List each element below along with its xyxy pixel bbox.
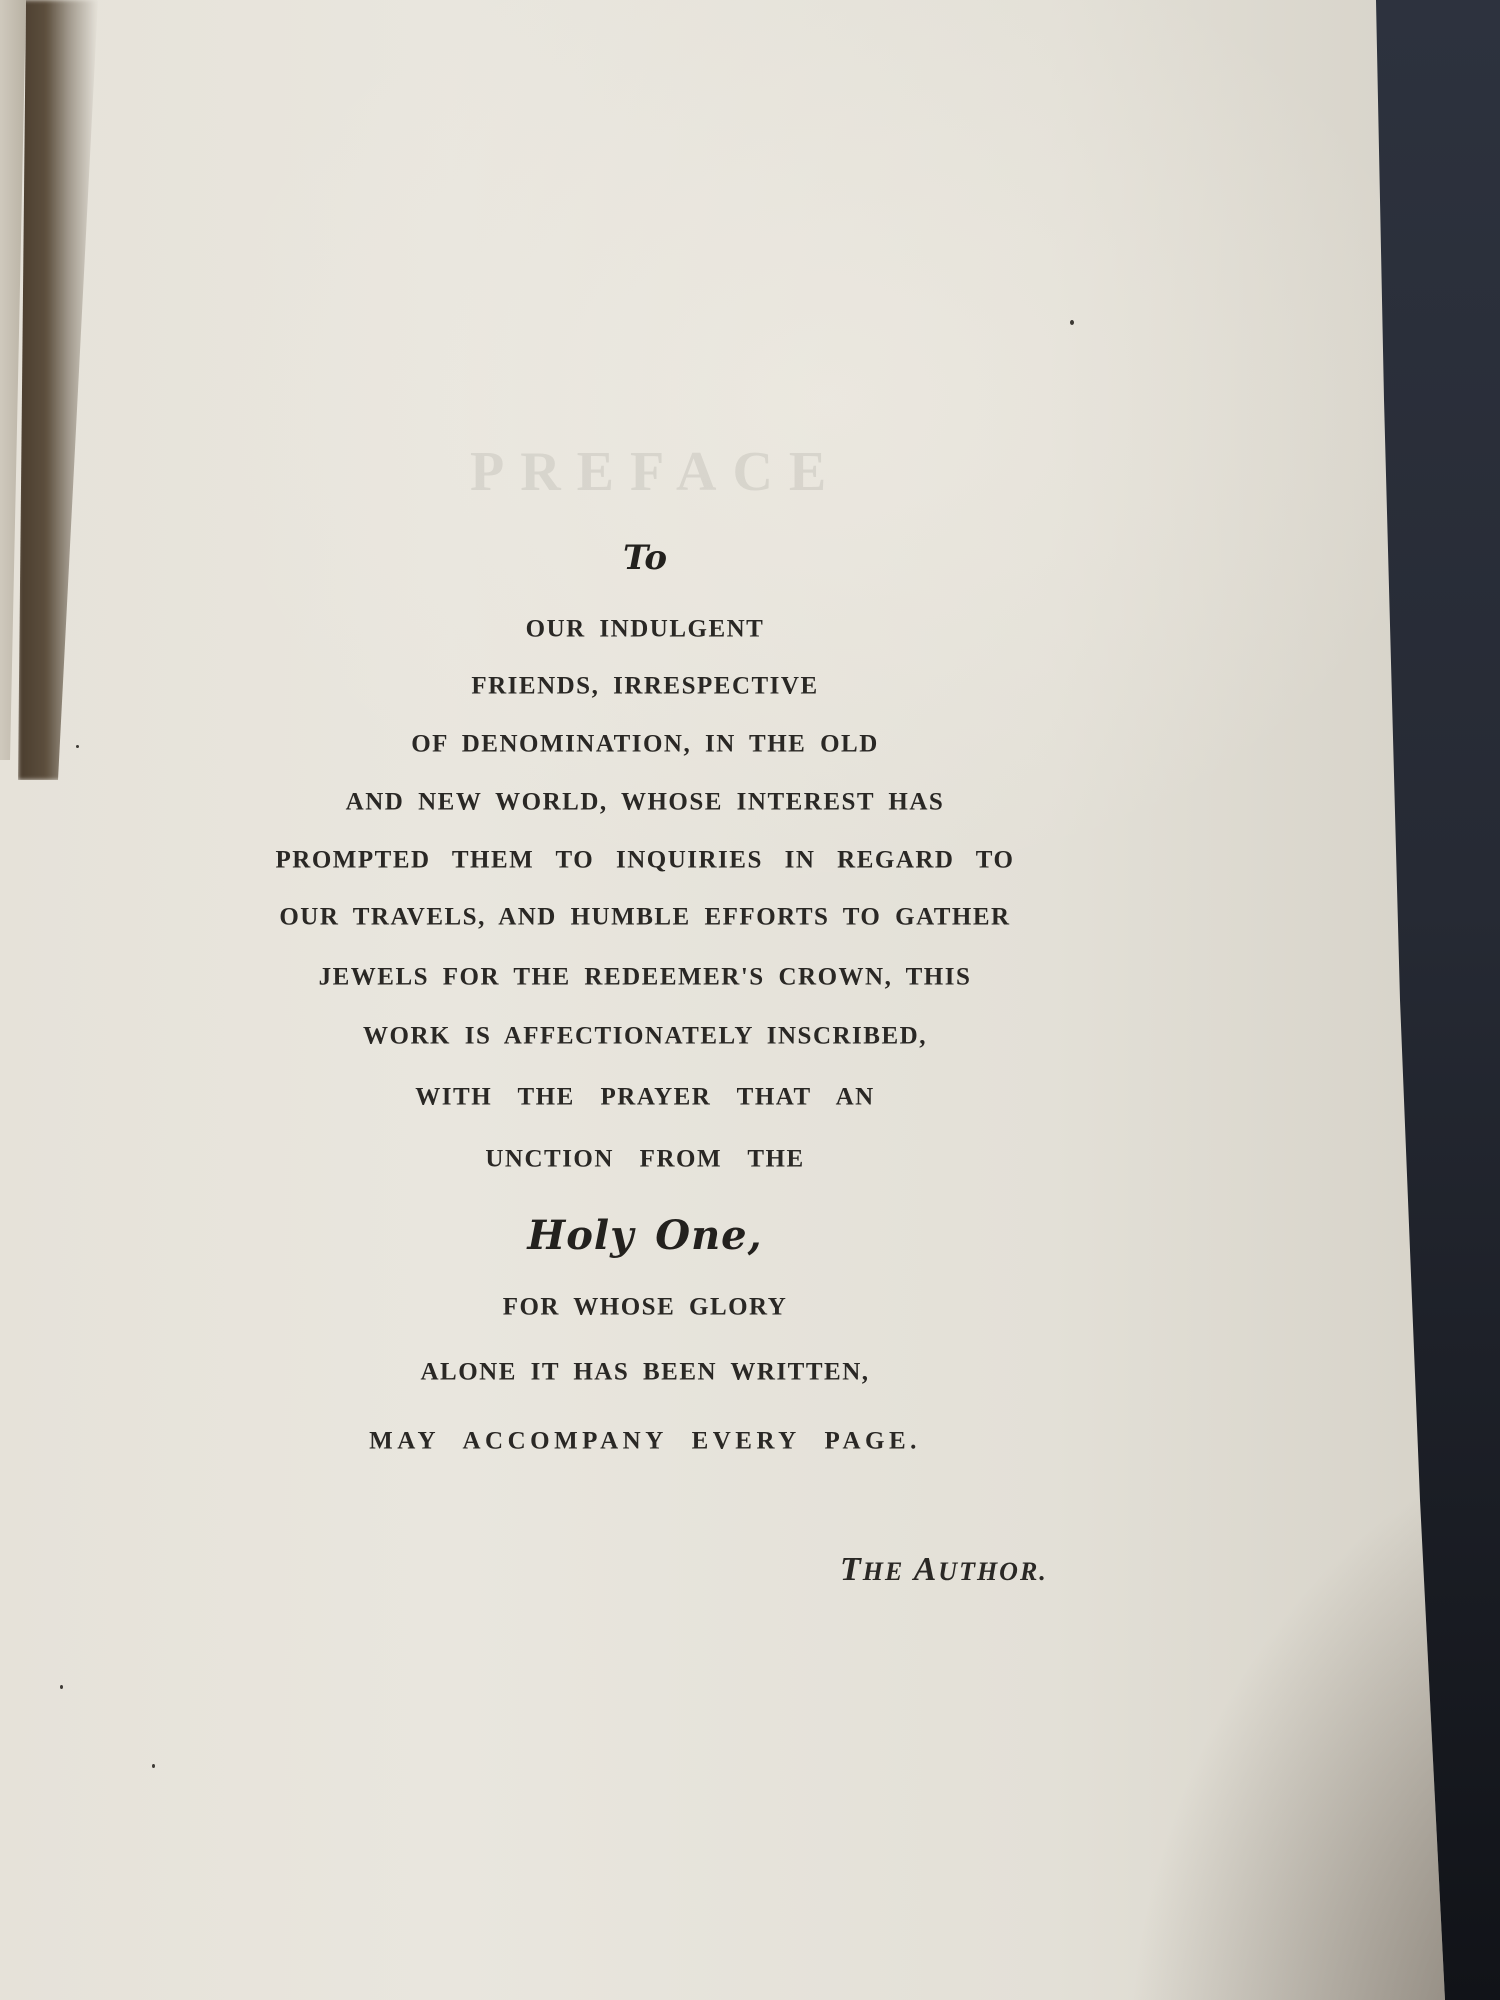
paper-speck bbox=[76, 745, 79, 748]
dedication-line: WITH THE PRAYER THAT AN bbox=[0, 1085, 1290, 1110]
signature-smallcaps: HE bbox=[863, 1557, 905, 1586]
dedication-line: OUR INDULGENT bbox=[0, 617, 1290, 642]
paper-speck bbox=[1070, 320, 1074, 325]
dedication-line: FRIENDS, IRRESPECTIVE bbox=[0, 674, 1290, 699]
holy-one-emphasis: Holy One, bbox=[0, 1216, 1290, 1256]
signature-smallcaps: UTHOR. bbox=[938, 1557, 1048, 1586]
closing-line: FOR WHOSE GLORY bbox=[0, 1295, 1290, 1320]
dedication-line: PROMPTED THEM TO INQUIRIES IN REGARD TO bbox=[0, 848, 1290, 873]
paper-speck bbox=[60, 1685, 63, 1689]
signature-initial: T bbox=[840, 1551, 863, 1588]
dedication-line: UNCTION FROM THE bbox=[0, 1147, 1290, 1172]
signature-initial: A bbox=[914, 1551, 939, 1588]
page-shadow bbox=[0, 0, 1500, 2000]
paper-speck bbox=[152, 1764, 155, 1768]
dedication-line: WORK IS AFFECTIONATELY INSCRIBED, bbox=[0, 1024, 1290, 1049]
dedication-line: OUR TRAVELS, AND HUMBLE EFFORTS TO GATHE… bbox=[0, 905, 1290, 930]
dedication-line: AND NEW WORLD, WHOSE INTEREST HAS bbox=[0, 790, 1290, 815]
author-signature: THE AUTHOR. bbox=[840, 1551, 1048, 1589]
closing-line: ALONE IT HAS BEEN WRITTEN, bbox=[0, 1360, 1290, 1385]
dedication-line: OF DENOMINATION, IN THE OLD bbox=[0, 732, 1290, 757]
dedication-heading: To bbox=[0, 541, 1290, 575]
closing-line: MAY ACCOMPANY EVERY PAGE. bbox=[0, 1429, 1290, 1454]
dedication-line: JEWELS FOR THE REDEEMER'S CROWN, THIS bbox=[0, 965, 1290, 990]
